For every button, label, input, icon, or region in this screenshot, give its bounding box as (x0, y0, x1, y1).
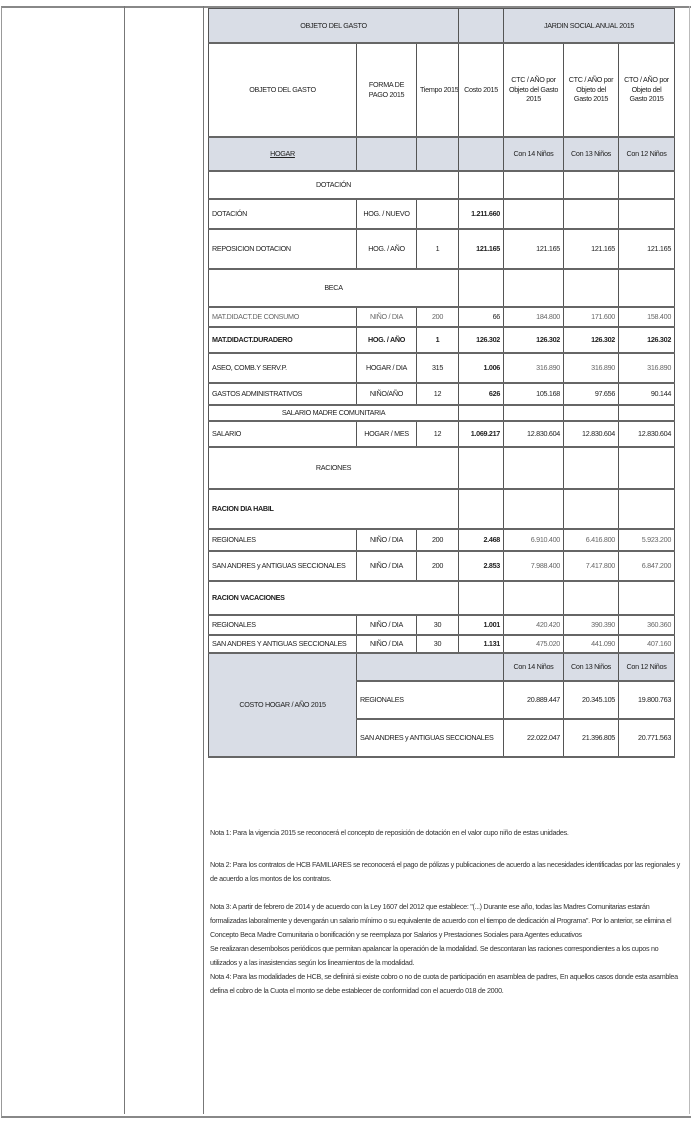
costo-hogar-header-row: COSTO HOGAR / AÑO 2015 Con 14 Niños Con … (209, 653, 675, 681)
table-row: REGIONALES NIÑO / DIA 200 2.468 6.910.40… (209, 529, 675, 551)
note-desembolsos: Se realizaran desembolsos periódicos que… (210, 942, 684, 970)
table-row: MAT.DIDACT.DE CONSUMO NIÑO / DIA 200 66 … (209, 307, 675, 327)
table-row: REGIONALES NIÑO / DIA 30 1.001 420.420 3… (209, 615, 675, 635)
col-header-ctc-13: CTC / AÑO por Objeto del Gasto 2015 (564, 43, 619, 137)
section-salario: SALARIO MADRE COMUNITARIA (209, 405, 675, 421)
table-row: ASEO, COMB.Y SERV.P. HOGAR / DIA 315 1.0… (209, 353, 675, 383)
costo-hogar-label: COSTO HOGAR / AÑO 2015 (209, 653, 357, 757)
col-header-forma: FORMA DE PAGO 2015 (357, 43, 417, 137)
table-row: SAN ANDRES y ANTIGUAS SECCIONALES NIÑO /… (209, 551, 675, 581)
top-header-row: OBJETO DEL GASTO JARDIN SOCIAL ANUAL 201… (209, 9, 675, 43)
section-raciones: RACIONES (209, 447, 675, 489)
ninos-13: Con 13 Niños (564, 137, 619, 171)
table-row: REPOSICION DOTACION HOG. / AÑO 1 121.165… (209, 229, 675, 269)
section-racion-vacaciones: RACION VACACIONES (209, 581, 675, 615)
ninos-12: Con 12 Niños (619, 137, 675, 171)
section-racion-dia-habil: RACION DIA HABIL (209, 489, 675, 529)
note-2: Nota 2: Para los contratos de HCB FAMILI… (210, 858, 684, 886)
cost-table: OBJETO DEL GASTO JARDIN SOCIAL ANUAL 201… (208, 8, 675, 758)
col-header-tiempo: Tiempo 2015 (417, 43, 459, 137)
header-jardin-social: JARDIN SOCIAL ANUAL 2015 (504, 9, 675, 43)
section-beca: BECA (209, 269, 675, 307)
column-divider (689, 6, 690, 1114)
col-header-ctc-14: CTC / AÑO por Objeto del Gasto 2015 (504, 43, 564, 137)
table-row: DOTACIÓN HOG. / NUEVO 1.211.660 (209, 199, 675, 229)
note-1: Nota 1: Para la vigencia 2015 se reconoc… (210, 826, 684, 840)
section-dotacion: DOTACIÓN (209, 171, 675, 199)
note-3: Nota 3: A partir de febrero de 2014 y de… (210, 900, 684, 942)
table-row: SAN ANDRES Y ANTIGUAS SECCIONALES NIÑO /… (209, 635, 675, 653)
column-header-row: OBJETO DEL GASTO FORMA DE PAGO 2015 Tiem… (209, 43, 675, 137)
hogar-label: HOGAR (209, 137, 357, 171)
ninos-14: Con 14 Niños (504, 137, 564, 171)
column-divider (203, 6, 204, 1114)
notes-section: Nota 1: Para la vigencia 2015 se reconoc… (210, 826, 684, 998)
header-objeto-gasto: OBJETO DEL GASTO (209, 9, 459, 43)
col-header-objeto: OBJETO DEL GASTO (209, 43, 357, 137)
note-4: Nota 4: Para las modalidades de HCB, se … (210, 970, 684, 998)
column-divider (124, 6, 125, 1114)
col-header-costo: Costo 2015 (459, 43, 504, 137)
hogar-row: HOGAR Con 14 Niños Con 13 Niños Con 12 N… (209, 137, 675, 171)
table-row: SALARIO HOGAR / MES 12 1.069.217 12.830.… (209, 421, 675, 447)
table-row: GASTOS ADMINISTRATIVOS NIÑO/AÑO 12 626 1… (209, 383, 675, 405)
col-header-ctc-12: CTO / AÑO por Objeto del Gasto 2015 (619, 43, 675, 137)
table-row: MAT.DIDACT.DURADERO HOG. / AÑO 1 126.302… (209, 327, 675, 353)
